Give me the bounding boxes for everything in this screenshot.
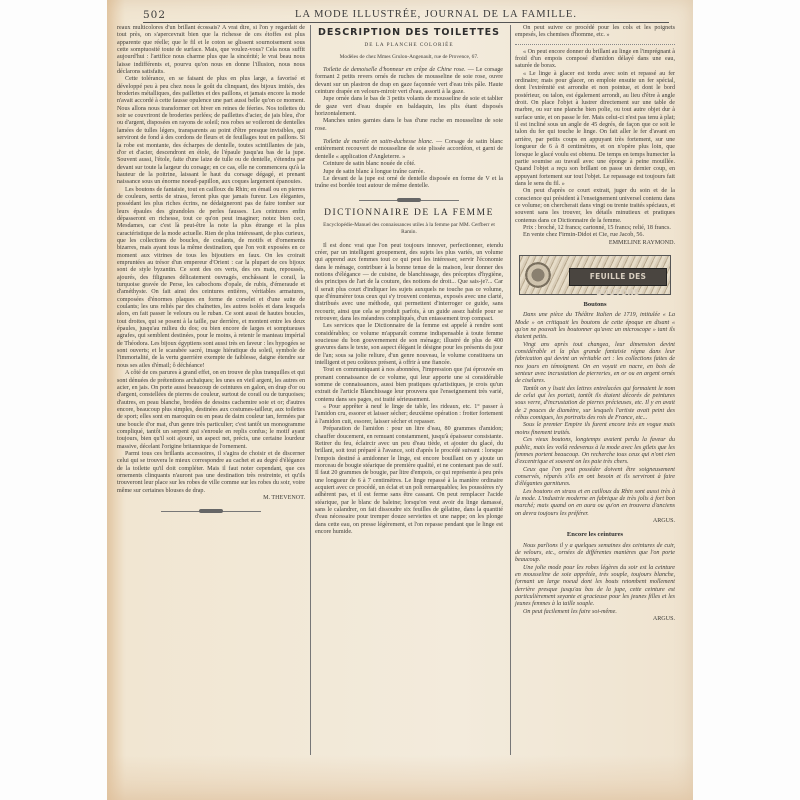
paragraph: A côté de ces parures à grand effet, on … xyxy=(117,370,305,451)
section-title-description: DESCRIPTION DES TOILETTES xyxy=(315,29,503,36)
paragraph: Il est donc vrai que l'on peut toujours … xyxy=(315,243,503,324)
paragraph: Vingt ans après tout changea, leur dimen… xyxy=(515,342,675,386)
paragraph: Préparation de l'amidon : pour un litre … xyxy=(315,426,503,536)
boutons-body: Dans une pièce du Théâtre Italien de 171… xyxy=(515,312,675,518)
paragraph: Parmi tous ces brillants accessoires, il… xyxy=(117,451,305,495)
paragraph: reaux multicolores d'un brillant écossai… xyxy=(117,25,305,76)
paragraph: Tantôt on y lisait des lettres entrelacé… xyxy=(515,386,675,423)
paragraph: Jupe ornée dans le bas de 3 petits volan… xyxy=(315,96,503,118)
article-signature: M. THEVENOT. xyxy=(117,495,305,502)
paragraph: Le devant de la jupe est orné de dentell… xyxy=(315,176,503,191)
paragraph: Toilette de demoiselle d'honneur en crêp… xyxy=(315,67,503,96)
ornament-divider xyxy=(161,508,261,515)
article-signature: EMMELINE RAYMOND. xyxy=(515,240,675,247)
column-divider xyxy=(310,25,311,755)
paragraph: Manches unies garnies dans le bas d'une … xyxy=(315,118,503,133)
dotted-separator xyxy=(515,44,675,45)
paragraph: Sous le premier Empire ils furent encore… xyxy=(515,422,675,437)
paragraph: « Pour apprêter à neuf le linge de table… xyxy=(315,404,503,426)
vignette-plate: FEUILLE DES BOUTONS xyxy=(569,268,667,286)
article-signature: ARGUS. xyxy=(515,616,675,623)
paragraph: « On peut encore donner du brillant au l… xyxy=(515,49,675,71)
paragraph: On peut suivre ce procédé pour les cols … xyxy=(515,25,675,40)
paragraph: Les boutons en strass et en cailloux du … xyxy=(515,489,675,518)
page-header: 502 LA MODE ILLUSTRÉE, JOURNAL DE LA FAM… xyxy=(143,8,669,23)
paragraph: Prix : broché, 12 francs; cartonné, 15 f… xyxy=(515,225,675,232)
paragraph: Jupe de satin blanc à longue traîne carr… xyxy=(315,169,503,176)
section-title-boutons: Boutons xyxy=(515,301,675,308)
section-title-dictionnaire: DICTIONNAIRE DE LA FEMME xyxy=(315,210,503,217)
section-title-ceintures: Encore les ceintures xyxy=(515,531,675,538)
paragraph: « Le linge à glacer est tordu avec soin … xyxy=(515,71,675,189)
running-title: LA MODE ILLUSTRÉE, JOURNAL DE LA FAMILLE… xyxy=(203,9,669,20)
description-body: Toilette de demoiselle d'honneur en crêp… xyxy=(315,67,503,191)
section-subtitle: DE LA PLANCHE COLORIÉE xyxy=(315,42,503,49)
ceintures-body: Nous parlions il y a quelques semaines d… xyxy=(515,543,675,616)
toilette-name: Toilette de demoiselle d'honneur en crêp… xyxy=(323,67,466,73)
column-right: On peut suivre ce procédé pour les cols … xyxy=(515,25,675,623)
paragraph: On peut d'après ce court extrait, juger … xyxy=(515,188,675,225)
paragraph: Les boutons de fantaisie, tout en caillo… xyxy=(117,187,305,371)
paragraph: Toilette de mariée en satin-duchesse bla… xyxy=(315,139,503,161)
paragraph: Ces vieux boutons, longtemps avaient per… xyxy=(515,437,675,466)
ornament-divider xyxy=(359,197,459,204)
paragraph: Les services que le Dictionnaire de la f… xyxy=(315,323,503,367)
paragraph: Ceux que l'on peut posséder doivent être… xyxy=(515,467,675,489)
article-signature: ARGUS. xyxy=(515,518,675,525)
paragraph: En vente chez Firmin-Didot et Cie, rue J… xyxy=(515,232,675,239)
paragraph: On peut facilement les faire soi-même. xyxy=(515,609,675,616)
toilette-name: Toilette de mariée en satin-duchesse bla… xyxy=(323,139,433,145)
paragraph: Nous parlions il y a quelques semaines d… xyxy=(515,543,675,565)
decorative-vignette: FEUILLE DES BOUTONS xyxy=(519,255,671,295)
column-left: reaux multicolores d'un brillant écossai… xyxy=(117,25,305,521)
flower-illustration-icon xyxy=(523,260,553,290)
paragraph: Ceinture de satin blanc nouée de côté. xyxy=(315,161,503,168)
paragraph: Une jolie mode pour les robes légères du… xyxy=(515,565,675,609)
page-number: 502 xyxy=(143,9,166,21)
newspaper-page: 502 LA MODE ILLUSTRÉE, JOURNAL DE LA FAM… xyxy=(107,0,693,800)
column-divider xyxy=(510,25,511,755)
paragraph: Dans une pièce du Théâtre Italien de 171… xyxy=(515,312,675,341)
section-note: Modèles de chez Mmes Grulon-Angenault, r… xyxy=(315,54,503,61)
paragraph: Tout en communiquant à nos abonnées, l'i… xyxy=(315,367,503,404)
section-subtitle: Encyclopédie-Manuel des connaissances ut… xyxy=(315,222,503,237)
column-middle: DESCRIPTION DES TOILETTES DE LA PLANCHE … xyxy=(315,25,503,536)
paragraph: Cette tolérance, en se faisant de plus e… xyxy=(117,76,305,186)
